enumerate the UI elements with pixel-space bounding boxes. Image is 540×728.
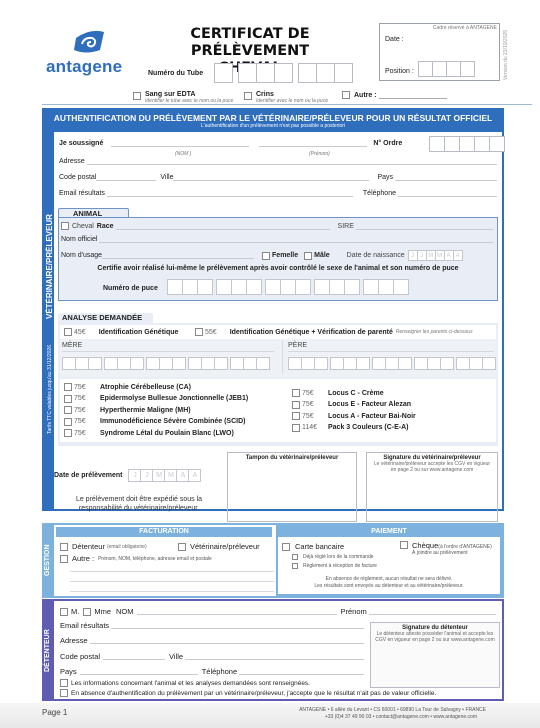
test-price: 75€	[74, 407, 96, 414]
analyse-tab-label: ANALYSE DEMANDÉE	[62, 313, 153, 323]
test-price: 75€	[302, 390, 324, 397]
chip-digit-box[interactable]	[414, 357, 428, 370]
chip-digit-box[interactable]	[288, 357, 302, 370]
detenteur-city-row: Code postal Ville	[60, 652, 366, 661]
chip-digit-box[interactable]	[427, 357, 441, 370]
sample-type-label: Autre :	[354, 92, 377, 99]
detenteur-hint: (email obligatoire)	[107, 544, 147, 550]
chip-digit-box[interactable]	[343, 357, 357, 370]
race-input[interactable]	[116, 223, 330, 230]
chip-digit-box[interactable]	[314, 279, 330, 295]
tube-number-label: Numéro du Tube	[148, 70, 203, 77]
test-label: Locus A - Facteur Bai-Noir	[328, 413, 416, 420]
checkbox[interactable]	[292, 401, 300, 409]
nom-usage-row: Nom d'usage Femelle Mâle Date de naissan…	[61, 250, 495, 261]
chip-digit-box[interactable]	[75, 357, 89, 370]
veterinaire-label: Vétérinaire/préleveur	[190, 542, 260, 551]
checkbox[interactable]	[60, 543, 68, 551]
chip-digit-box[interactable]	[385, 357, 399, 370]
checkbox[interactable]	[244, 92, 252, 100]
genetic-test-option[interactable]: 75€Locus A - Facteur Bai-Noir	[292, 412, 416, 420]
reserved-date-label: Date :	[385, 36, 404, 43]
prenom-label: Prénom	[341, 607, 367, 616]
reserved-position-boxes[interactable]	[418, 61, 475, 77]
femelle-label: Femelle	[272, 252, 298, 259]
m-checkbox[interactable]	[60, 608, 68, 616]
checkbox[interactable]	[64, 406, 72, 414]
nom-label: NOM	[116, 607, 134, 616]
nom-officiel-label: Nom officiel	[61, 236, 97, 243]
chip-digit-box[interactable]	[372, 357, 386, 370]
analysis-price: 55€	[205, 329, 217, 336]
genetic-test-option[interactable]: 75€Hyperthermie Maligne (MH)	[64, 406, 191, 414]
ville-label: Ville	[160, 174, 173, 181]
vet-city-row: Code postal Ville Pays	[59, 174, 499, 181]
mme-label: Mme	[94, 607, 111, 616]
chip-digit-box[interactable]	[456, 357, 470, 370]
vet-telephone-input[interactable]	[398, 190, 497, 197]
nom-usage-label: Nom d'usage	[61, 252, 102, 259]
gestion-side-label: GESTION	[44, 535, 51, 585]
genetic-test-option[interactable]: 75€Epidermolyse Bullesue Jonctionnelle (…	[64, 395, 248, 403]
parents-row: MÈRE PÈRE	[60, 339, 496, 377]
test-price: 114€	[302, 424, 324, 431]
chip-digit-box[interactable]	[440, 357, 454, 370]
analysis-label: Identification Génétique + Vérification …	[230, 329, 393, 336]
test-price: 75€	[74, 418, 96, 425]
checkbox[interactable]	[195, 328, 203, 336]
nom-officiel-row: Nom officiel	[61, 236, 495, 243]
deja-regle-option[interactable]: Déjà réglé lors de la commande	[292, 554, 374, 560]
telephone-label: Téléphone	[363, 190, 396, 197]
analyse-tab: ANALYSE DEMANDÉE	[58, 313, 153, 323]
chip-digit-box[interactable]	[330, 357, 344, 370]
tube-number-input[interactable]	[214, 63, 353, 83]
version-label: Version du 23/10/2025	[503, 24, 509, 80]
sample-type-crins[interactable]: CrinsIdentifier avec le nom ou la puce	[244, 91, 328, 104]
pere-label: PÈRE	[288, 342, 307, 349]
vet-code-postal-input[interactable]	[96, 174, 156, 181]
genetic-test-option[interactable]: 75€Immunodéficience Sévère Combinée (SCI…	[64, 418, 245, 426]
vet-banner-sub: L'authentification d'un prélèvement n'es…	[44, 123, 502, 129]
sample-type-label: Crins	[256, 91, 328, 98]
checkbox[interactable]	[400, 541, 408, 549]
checkbox[interactable]	[292, 412, 300, 420]
chip-digit-box[interactable]	[216, 279, 232, 295]
antagene-logo-text: antagene	[46, 57, 122, 77]
test-label: Atrophie Cérébelleuse (CA)	[100, 384, 191, 391]
reglement-facture-label: Règlement à réception de facture	[303, 563, 377, 569]
facturation-header: FACTURATION	[56, 527, 272, 537]
paiement-note-1: En absence de règlement, aucun résultat …	[278, 576, 500, 582]
detenteur-label: Détenteur	[72, 542, 105, 551]
checkbox[interactable]	[292, 563, 298, 569]
footer-contact: +33 (0)4 37 49 90 03 • contact@antagene.…	[325, 714, 477, 720]
detenteur-name-row: M. Mme NOM Prénom	[60, 607, 498, 616]
footer: Page 1 ANTAGENE • 6 allée du Levant • CS…	[0, 703, 540, 728]
adresse-label: Adresse	[59, 158, 85, 165]
chip-digit-box[interactable]	[214, 357, 228, 370]
ville-label: Ville	[169, 652, 183, 661]
divider	[62, 351, 274, 352]
paiement-header: PAIEMENT	[278, 527, 500, 537]
checkbox[interactable]	[60, 689, 68, 697]
tariff-note: Tarifs TTC valables jusqu'au 31/12/2026	[47, 335, 53, 445]
confirm-info-label: Les informations concernant l'animal et …	[71, 680, 310, 687]
test-price: 75€	[302, 413, 324, 420]
detenteur-section: DÉTENTEUR M. Mme NOM Prénom Email résult…	[42, 599, 504, 701]
mere-puce-input[interactable]	[62, 357, 272, 370]
autre-input[interactable]	[379, 92, 447, 99]
test-label: Locus E - Facteur Alezan	[328, 401, 411, 408]
tampon-label: Tampon du vétérinaire/préleveur	[228, 455, 356, 461]
divider	[288, 351, 494, 352]
test-label: Locus C - Crème	[328, 390, 384, 397]
genetic-tests: 75€Atrophie Cérébelleuse (CA)75€Epidermo…	[60, 379, 496, 442]
detenteur-pays-input[interactable]	[80, 668, 198, 675]
autre-label: Autre :	[72, 554, 94, 563]
pays-label: Pays	[60, 667, 77, 676]
chip-digit-box[interactable]	[188, 357, 202, 370]
detenteur-code-postal-input[interactable]	[103, 653, 165, 660]
genetic-test-option[interactable]: 75€Locus E - Facteur Alezan	[292, 401, 411, 409]
gestion-body: FACTURATION Détenteur(email obligatoire)…	[54, 525, 502, 596]
je-soussigne-row: Je soussigné N° Ordre	[59, 140, 415, 147]
sire-input[interactable]	[356, 223, 493, 230]
checkbox[interactable]	[342, 91, 350, 99]
telephone-label: Téléphone	[202, 667, 237, 676]
antagene-reserved-box: Cadre réservé à ANTAGENE Date : Position…	[379, 23, 500, 81]
cheque-note: À joindre au prélèvement	[412, 550, 492, 556]
checkbox[interactable]	[60, 679, 68, 687]
certificate-page: antagene CERTIFICAT DE PRÉLÈVEMENT CHEVA…	[0, 0, 540, 728]
genetic-test-option[interactable]: 114€Pack 3 Couleurs (C-E-A)	[292, 424, 409, 432]
test-label: Epidermolyse Bullesue Jonctionnelle (JEB…	[100, 395, 248, 402]
sample-type-edta[interactable]: Sang sur EDTAIdentifier le tube avec le …	[133, 91, 233, 104]
chip-digit-box[interactable]	[62, 357, 76, 370]
test-price: 75€	[74, 430, 96, 437]
chip-digit-box[interactable]	[469, 357, 483, 370]
cheque-option[interactable]: Chèque(à l'ordre d'ANTAGENE)À joindre au…	[400, 541, 492, 556]
chip-digit-box[interactable]	[301, 357, 315, 370]
puce-label: Numéro de puce	[103, 285, 158, 292]
date-naissance-input[interactable]: JJMMAA	[408, 250, 462, 261]
genetic-test-option[interactable]: 75€Syndrome Létal du Poulain Blanc (LWO)	[64, 429, 234, 437]
autre-line-1[interactable]	[70, 571, 274, 572]
paiement-note-2: Les résultats sont envoyés au détenteur …	[278, 583, 500, 589]
gestion-section: GESTION FACTURATION Détenteur(email obli…	[42, 523, 504, 598]
checkbox[interactable]	[64, 418, 72, 426]
vet-signature-note: Le vétérinaire/préleveur accepte les CGV…	[367, 461, 497, 473]
nom-hint: (NOM )	[175, 151, 191, 157]
test-price: 75€	[74, 395, 96, 402]
email-label: Email résultats	[59, 190, 105, 197]
footer-address: ANTAGENE • 6 allée du Levant • CS 60001 …	[299, 707, 486, 713]
chip-digit-box[interactable]	[88, 357, 102, 370]
detenteur-side-label: DÉTENTEUR	[44, 621, 51, 681]
checkbox[interactable]	[282, 543, 290, 551]
checkbox[interactable]	[292, 389, 300, 397]
chip-digit-box[interactable]	[197, 279, 213, 295]
chip-digit-box[interactable]	[182, 279, 198, 295]
chip-digit-box[interactable]	[243, 357, 257, 370]
date-naissance-label: Date de naissance	[347, 252, 405, 259]
m-label: M.	[71, 607, 79, 616]
vet-prenom-input[interactable]	[259, 140, 367, 147]
chip-digit-box[interactable]	[159, 357, 173, 370]
detenteur-adresse-row: Adresse	[60, 636, 366, 645]
sire-label: SIRE	[338, 223, 354, 230]
paiement-panel: PAIEMENT Carte bancaire Déjà réglé lors …	[276, 525, 502, 596]
test-price: 75€	[74, 384, 96, 391]
detenteur-signature-box[interactable]: Signature du détenteur Le détenteur atte…	[370, 622, 500, 688]
checkbox[interactable]	[64, 395, 72, 403]
race-label: Race	[97, 223, 114, 230]
deja-regle-label: Déjà réglé lors de la commande	[303, 554, 374, 560]
page-number: Page 1	[42, 708, 67, 717]
chip-digit-box[interactable]	[104, 357, 118, 370]
header-divider	[42, 104, 532, 105]
checkbox[interactable]	[178, 543, 186, 551]
code-postal-label: Code postal	[59, 174, 96, 181]
nom-officiel-input[interactable]	[99, 236, 493, 243]
chip-digit-box[interactable]	[295, 279, 311, 295]
detenteur-nom-input[interactable]	[137, 608, 337, 615]
sample-type-autre[interactable]: Autre :	[342, 91, 447, 99]
checkbox[interactable]	[292, 554, 298, 560]
chip-digit-box[interactable]	[363, 279, 379, 295]
vet-email-input[interactable]	[107, 190, 353, 197]
cheval-label: Cheval	[72, 223, 94, 230]
chip-digit-box[interactable]	[167, 279, 183, 295]
date-prelevement-input[interactable]: JJMMAA	[128, 469, 200, 482]
accept-unofficial-label: En absence d'authentification du prélève…	[71, 690, 436, 697]
reserved-position-label: Position :	[385, 68, 414, 75]
chip-digit-box[interactable]	[378, 279, 394, 295]
date-prelevement-label: Date de prélèvement	[54, 472, 122, 479]
chip-digit-box[interactable]	[231, 279, 247, 295]
analysis-hint: Renseigner les parents ci-dessous	[396, 329, 473, 335]
detenteur-email-row: Email résultats	[60, 621, 366, 630]
vet-body: Je soussigné N° Ordre (NOM ) (Prénom) Ad…	[54, 132, 502, 509]
detenteur-ville-input[interactable]	[185, 653, 364, 660]
checkbox[interactable]	[133, 92, 141, 100]
chip-digit-box[interactable]	[256, 357, 270, 370]
autre-hint: Prénom, NOM, téléphone, adresse email et…	[98, 556, 212, 562]
test-label: Hyperthermie Maligne (MH)	[100, 407, 191, 414]
pays-label: Pays	[377, 174, 393, 181]
vet-side-label: VÉTÉRINAIRE/PRÉLEVEUR	[45, 204, 54, 330]
detenteur-signature-note: Le détenteur atteste posséder l'animal e…	[371, 631, 499, 643]
cheval-checkbox[interactable]	[61, 222, 69, 230]
certifie-statement: Certifie avoir réalisé lui-même le prélè…	[59, 265, 497, 272]
facturation-autre[interactable]: Autre :Prénom, NOM, téléphone, adresse e…	[60, 554, 212, 563]
chip-digit-box[interactable]	[246, 279, 262, 295]
detenteur-contact-row: Pays Téléphone	[60, 667, 366, 676]
vet-pays-input[interactable]	[395, 174, 497, 181]
title-line-1: CERTIFICAT DE PRÉLÈVEMENT	[130, 26, 370, 60]
test-label: Syndrome Létal du Poulain Blanc (LWO)	[100, 430, 234, 437]
facturation-detenteur[interactable]: Détenteur(email obligatoire)	[60, 542, 147, 551]
je-soussigne-label: Je soussigné	[59, 140, 103, 147]
genetic-test-option[interactable]: 75€Atrophie Cérébelleuse (CA)	[64, 383, 191, 391]
chip-digit-box[interactable]	[329, 279, 345, 295]
prelevement-note: Le prélèvement doit être expédié sous la…	[64, 495, 214, 513]
tampon-box[interactable]: Tampon du vétérinaire/préleveur	[227, 452, 357, 522]
male-label: Mâle	[314, 252, 330, 259]
divider	[282, 341, 283, 373]
pere-puce-input[interactable]	[288, 357, 498, 370]
animal-panel: Cheval Race SIRE Nom officiel Nom d'usag…	[58, 217, 498, 301]
autre-line-2[interactable]	[70, 581, 274, 582]
analysis-option[interactable]: 55€ Identification Génétique + Vérificat…	[195, 328, 473, 336]
date-prelevement-row: Date de prélèvement JJMMAA	[54, 469, 200, 482]
vet-ville-input[interactable]	[173, 174, 369, 181]
date-digit-box[interactable]: A	[188, 469, 201, 482]
genetic-test-option[interactable]: 75€Locus C - Crème	[292, 389, 384, 397]
mme-checkbox[interactable]	[83, 608, 91, 616]
test-price: 75€	[302, 401, 324, 408]
date-digit-box[interactable]: A	[453, 250, 463, 261]
chip-digit-box[interactable]	[130, 357, 144, 370]
mere-label: MÈRE	[62, 342, 82, 349]
chip-digit-box[interactable]	[398, 357, 412, 370]
vet-banner-title: AUTHENTIFICATION DU PRÉLÈVEMENT PAR LE V…	[44, 113, 502, 123]
confirm-info-option[interactable]: Les informations concernant l'animal et …	[60, 679, 310, 687]
test-label: Immunodéficience Sévère Combinée (SCID)	[100, 418, 245, 425]
ordre-label: N° Ordre	[373, 140, 402, 147]
chip-digit-box[interactable]	[265, 279, 281, 295]
analysis-price: 45€	[74, 329, 86, 336]
adresse-label: Adresse	[60, 636, 88, 645]
sample-type-label: Sang sur EDTA	[145, 91, 233, 98]
antagene-logo-icon	[70, 28, 110, 56]
carte-bancaire-option[interactable]: Carte bancaire	[282, 542, 344, 551]
chip-digit-box[interactable]	[280, 279, 296, 295]
chip-digit-box[interactable]	[146, 357, 160, 370]
test-label: Pack 3 Couleurs (C-E-A)	[328, 424, 409, 431]
facturation-veterinaire[interactable]: Vétérinaire/préleveur	[178, 542, 260, 551]
detenteur-body: M. Mme NOM Prénom Email résultats Adress…	[54, 601, 502, 699]
reglement-facture-option[interactable]: Règlement à réception de facture	[292, 563, 377, 569]
checkbox[interactable]	[292, 424, 300, 432]
vet-section: VÉTÉRINAIRE/PRÉLEVEUR Tarifs TTC valable…	[42, 108, 504, 511]
vet-adresse-row: Adresse	[59, 158, 499, 165]
accept-unofficial-option[interactable]: En absence d'authentification du prélève…	[60, 689, 436, 697]
chip-digit-box[interactable]	[172, 357, 186, 370]
prenom-hint: (Prénom)	[309, 151, 330, 157]
chip-digit-box[interactable]	[201, 357, 215, 370]
vet-nom-input[interactable]	[111, 140, 249, 147]
chip-digit-box[interactable]	[314, 357, 328, 370]
vet-signature-box[interactable]: Signature du vétérinaire/préleveur Le vé…	[366, 452, 498, 522]
cheque-label: Chèque	[412, 541, 438, 550]
checkbox[interactable]	[64, 429, 72, 437]
vet-banner: AUTHENTIFICATION DU PRÉLÈVEMENT PAR LE V…	[44, 110, 502, 129]
vet-contact-row: Email résultats Téléphone	[59, 190, 499, 197]
carte-label: Carte bancaire	[295, 542, 344, 551]
animal-race-row: Cheval Race SIRE	[61, 222, 495, 230]
detenteur-prenom-input[interactable]	[369, 608, 496, 615]
chip-digit-box[interactable]	[117, 357, 131, 370]
femelle-checkbox[interactable]	[262, 252, 270, 260]
analysis-option[interactable]: 45€ Identification Génétique	[64, 328, 178, 336]
analyse-panel: 45€ Identification Génétique 55€ Identif…	[58, 323, 498, 446]
code-postal-label: Code postal	[60, 652, 100, 661]
email-label: Email résultats	[60, 621, 109, 630]
checkbox[interactable]	[64, 328, 72, 336]
chip-digit-box[interactable]	[344, 279, 360, 295]
chip-digit-box[interactable]	[356, 357, 370, 370]
checkbox[interactable]	[60, 555, 68, 563]
checkbox[interactable]	[64, 383, 72, 391]
autre-line-3[interactable]	[70, 591, 274, 592]
nom-usage-input[interactable]	[102, 252, 254, 259]
chip-digit-box[interactable]	[393, 279, 409, 295]
analysis-label: Identification Génétique	[99, 329, 179, 336]
detenteur-adresse-input[interactable]	[90, 637, 364, 644]
detenteur-telephone-input[interactable]	[239, 668, 364, 675]
puce-input[interactable]	[167, 279, 412, 295]
male-checkbox[interactable]	[304, 252, 312, 260]
chip-digit-box[interactable]	[230, 357, 244, 370]
reserved-caption: Cadre réservé à ANTAGENE	[433, 25, 497, 31]
vet-adresse-input[interactable]	[87, 158, 497, 165]
detenteur-email-input[interactable]	[111, 622, 364, 629]
main-analyses-row: 45€ Identification Génétique 55€ Identif…	[60, 325, 496, 339]
ordre-boxes[interactable]	[429, 136, 505, 152]
chip-digit-box[interactable]	[482, 357, 496, 370]
